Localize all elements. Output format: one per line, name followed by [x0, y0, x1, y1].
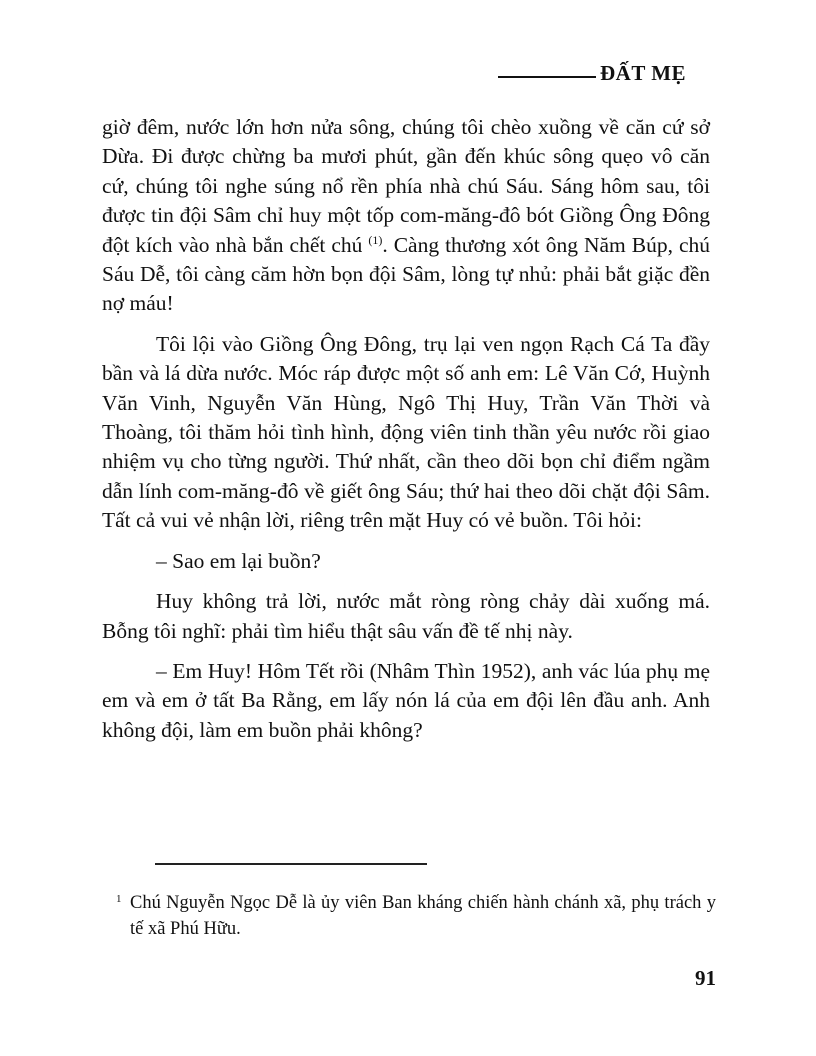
- paragraph-4: Huy không trả lời, nước mắt ròng ròng ch…: [102, 587, 710, 646]
- running-title: ĐẤT MẸ: [600, 60, 686, 86]
- running-header: ĐẤT MẸ: [498, 56, 718, 86]
- paragraph-1: giờ đêm, nước lớn hơn nửa sông, chúng tô…: [102, 113, 710, 319]
- body-text: giờ đêm, nước lớn hơn nửa sông, chúng tô…: [102, 113, 710, 756]
- footnote-text: Chú Nguyễn Ngọc Dễ là ủy viên Ban kháng …: [130, 890, 716, 942]
- page-number: 91: [676, 966, 716, 991]
- paragraph-3-dialogue: – Sao em lại buồn?: [102, 547, 710, 576]
- footnote-separator: [155, 863, 427, 865]
- footnote-marker: 1: [116, 890, 130, 942]
- paragraph-5-dialogue: – Em Huy! Hôm Tết rồi (Nhâm Thìn 1952), …: [102, 657, 710, 745]
- footnote-reference: (1): [368, 233, 382, 247]
- header-rule: [498, 76, 596, 78]
- footnote: 1 Chú Nguyễn Ngọc Dễ là ủy viên Ban khán…: [116, 890, 716, 942]
- paragraph-2: Tôi lội vào Giồng Ông Đông, trụ lại ven …: [102, 330, 710, 536]
